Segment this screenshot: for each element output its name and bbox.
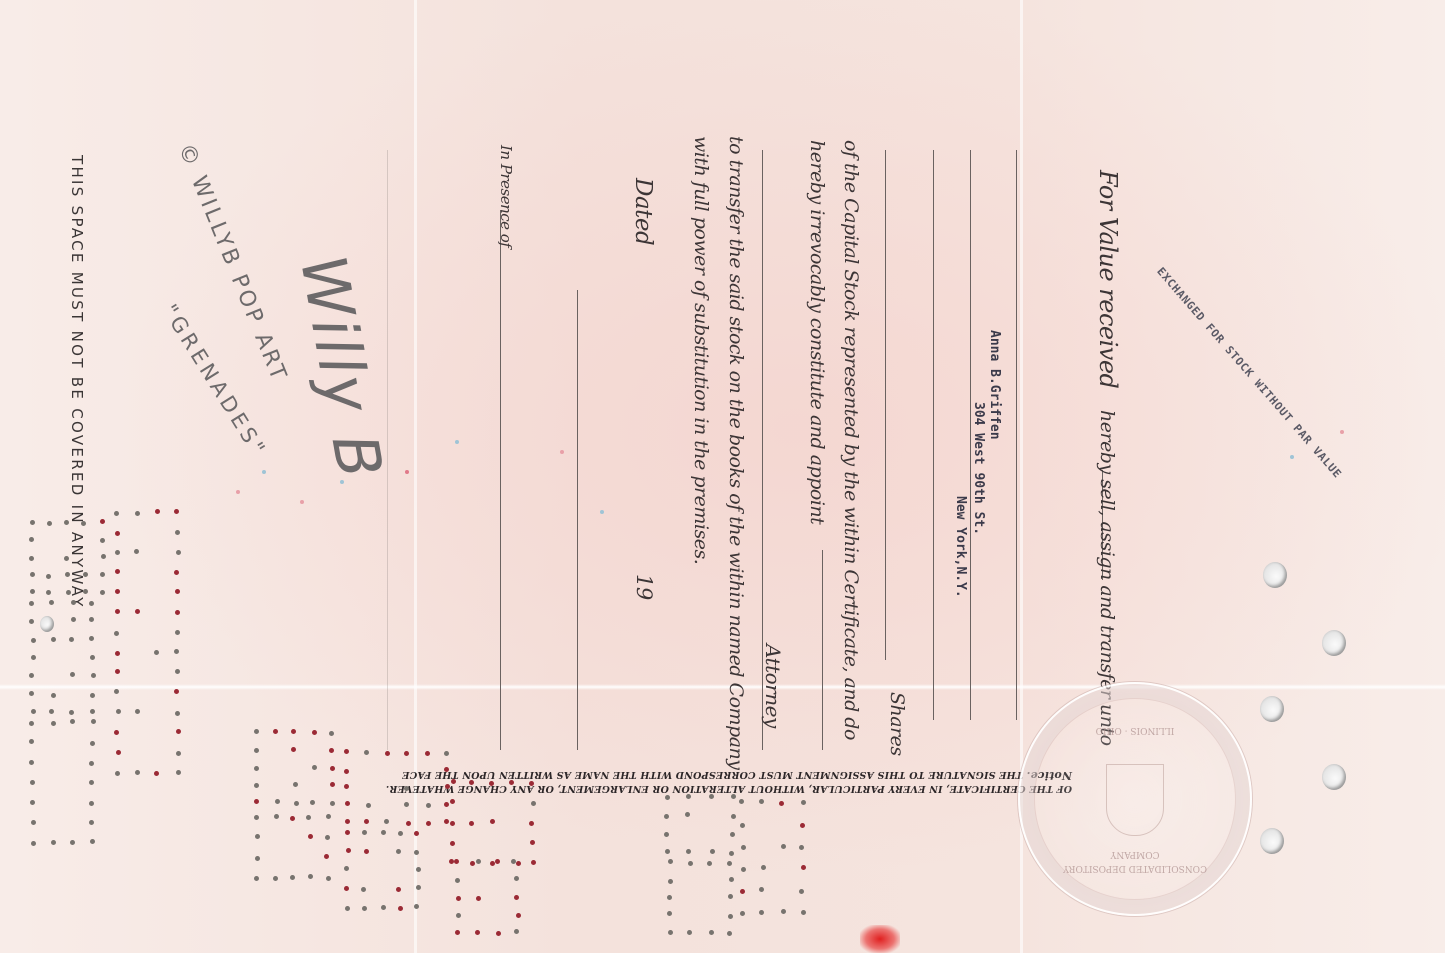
for-value-received: For Value received bbox=[1094, 170, 1122, 388]
year-prefix: 19 bbox=[632, 574, 656, 600]
do-not-cover-note: THIS SPACE MUST NOT BE COVERED IN ANYWAY bbox=[68, 155, 86, 609]
rule-line bbox=[500, 210, 501, 750]
ink-speck bbox=[560, 450, 564, 454]
ink-speck bbox=[300, 500, 304, 504]
transfer-books-text: to transfer the said stock on the books … bbox=[725, 136, 747, 770]
attorney-label: Attorney bbox=[761, 644, 785, 728]
signature-notice: OF THE CERTIFICATE, IN EVERY PARTICULAR,… bbox=[452, 768, 1072, 795]
seal-text-top: CONSOLIDATED DEPOSITORY COMPANY bbox=[1045, 847, 1225, 875]
binder-hole bbox=[1260, 828, 1284, 854]
ink-speck bbox=[1340, 430, 1344, 434]
binder-hole bbox=[1322, 630, 1346, 656]
ink-speck bbox=[236, 490, 240, 494]
rule-line bbox=[822, 550, 823, 750]
ink-speck bbox=[600, 510, 604, 514]
red-ink-mark bbox=[860, 925, 900, 953]
ink-speck bbox=[262, 470, 266, 474]
assignee-name: Anna B.Griffen bbox=[987, 330, 1002, 440]
embossed-seal: CONSOLIDATED DEPOSITORY COMPANY ILLINOIS… bbox=[1018, 682, 1252, 916]
dated-label: Dated bbox=[630, 178, 656, 245]
notice-line-1: Notice. THE SIGNATURE TO THIS ASSIGNMENT… bbox=[452, 768, 1072, 782]
seal-text-bottom: ILLINOIS · OHIO bbox=[1045, 723, 1225, 737]
notice-line-2: OF THE CERTIFICATE, IN EVERY PARTICULAR,… bbox=[452, 782, 1072, 795]
ink-speck bbox=[455, 440, 459, 444]
rule-line bbox=[577, 290, 578, 750]
power-substitution-text: with full power of substitution in the p… bbox=[690, 136, 712, 564]
fold-crease-vertical bbox=[414, 0, 417, 953]
capital-stock-text: of the Capital Stock represented by the … bbox=[840, 140, 862, 740]
fold-crease-horizontal bbox=[0, 684, 1445, 690]
rule-line bbox=[1016, 150, 1017, 720]
ink-speck bbox=[340, 480, 344, 484]
binder-hole bbox=[1322, 764, 1346, 790]
binder-hole bbox=[1260, 696, 1284, 722]
in-presence-of-label: In Presence of bbox=[497, 145, 515, 247]
rule-line bbox=[933, 150, 934, 720]
assignee-street: 304 West 90th St. bbox=[971, 402, 986, 535]
binder-hole bbox=[1263, 562, 1287, 588]
perforation-hole bbox=[40, 616, 54, 632]
ink-speck bbox=[1290, 455, 1294, 459]
rule-line bbox=[885, 150, 886, 660]
ink-speck bbox=[405, 470, 409, 474]
irrevocably-appoint-text: hereby irrevocably constitute and appoin… bbox=[806, 140, 828, 524]
assignee-city: New York,N.Y. bbox=[953, 496, 968, 598]
shares-label: Shares bbox=[886, 692, 908, 756]
